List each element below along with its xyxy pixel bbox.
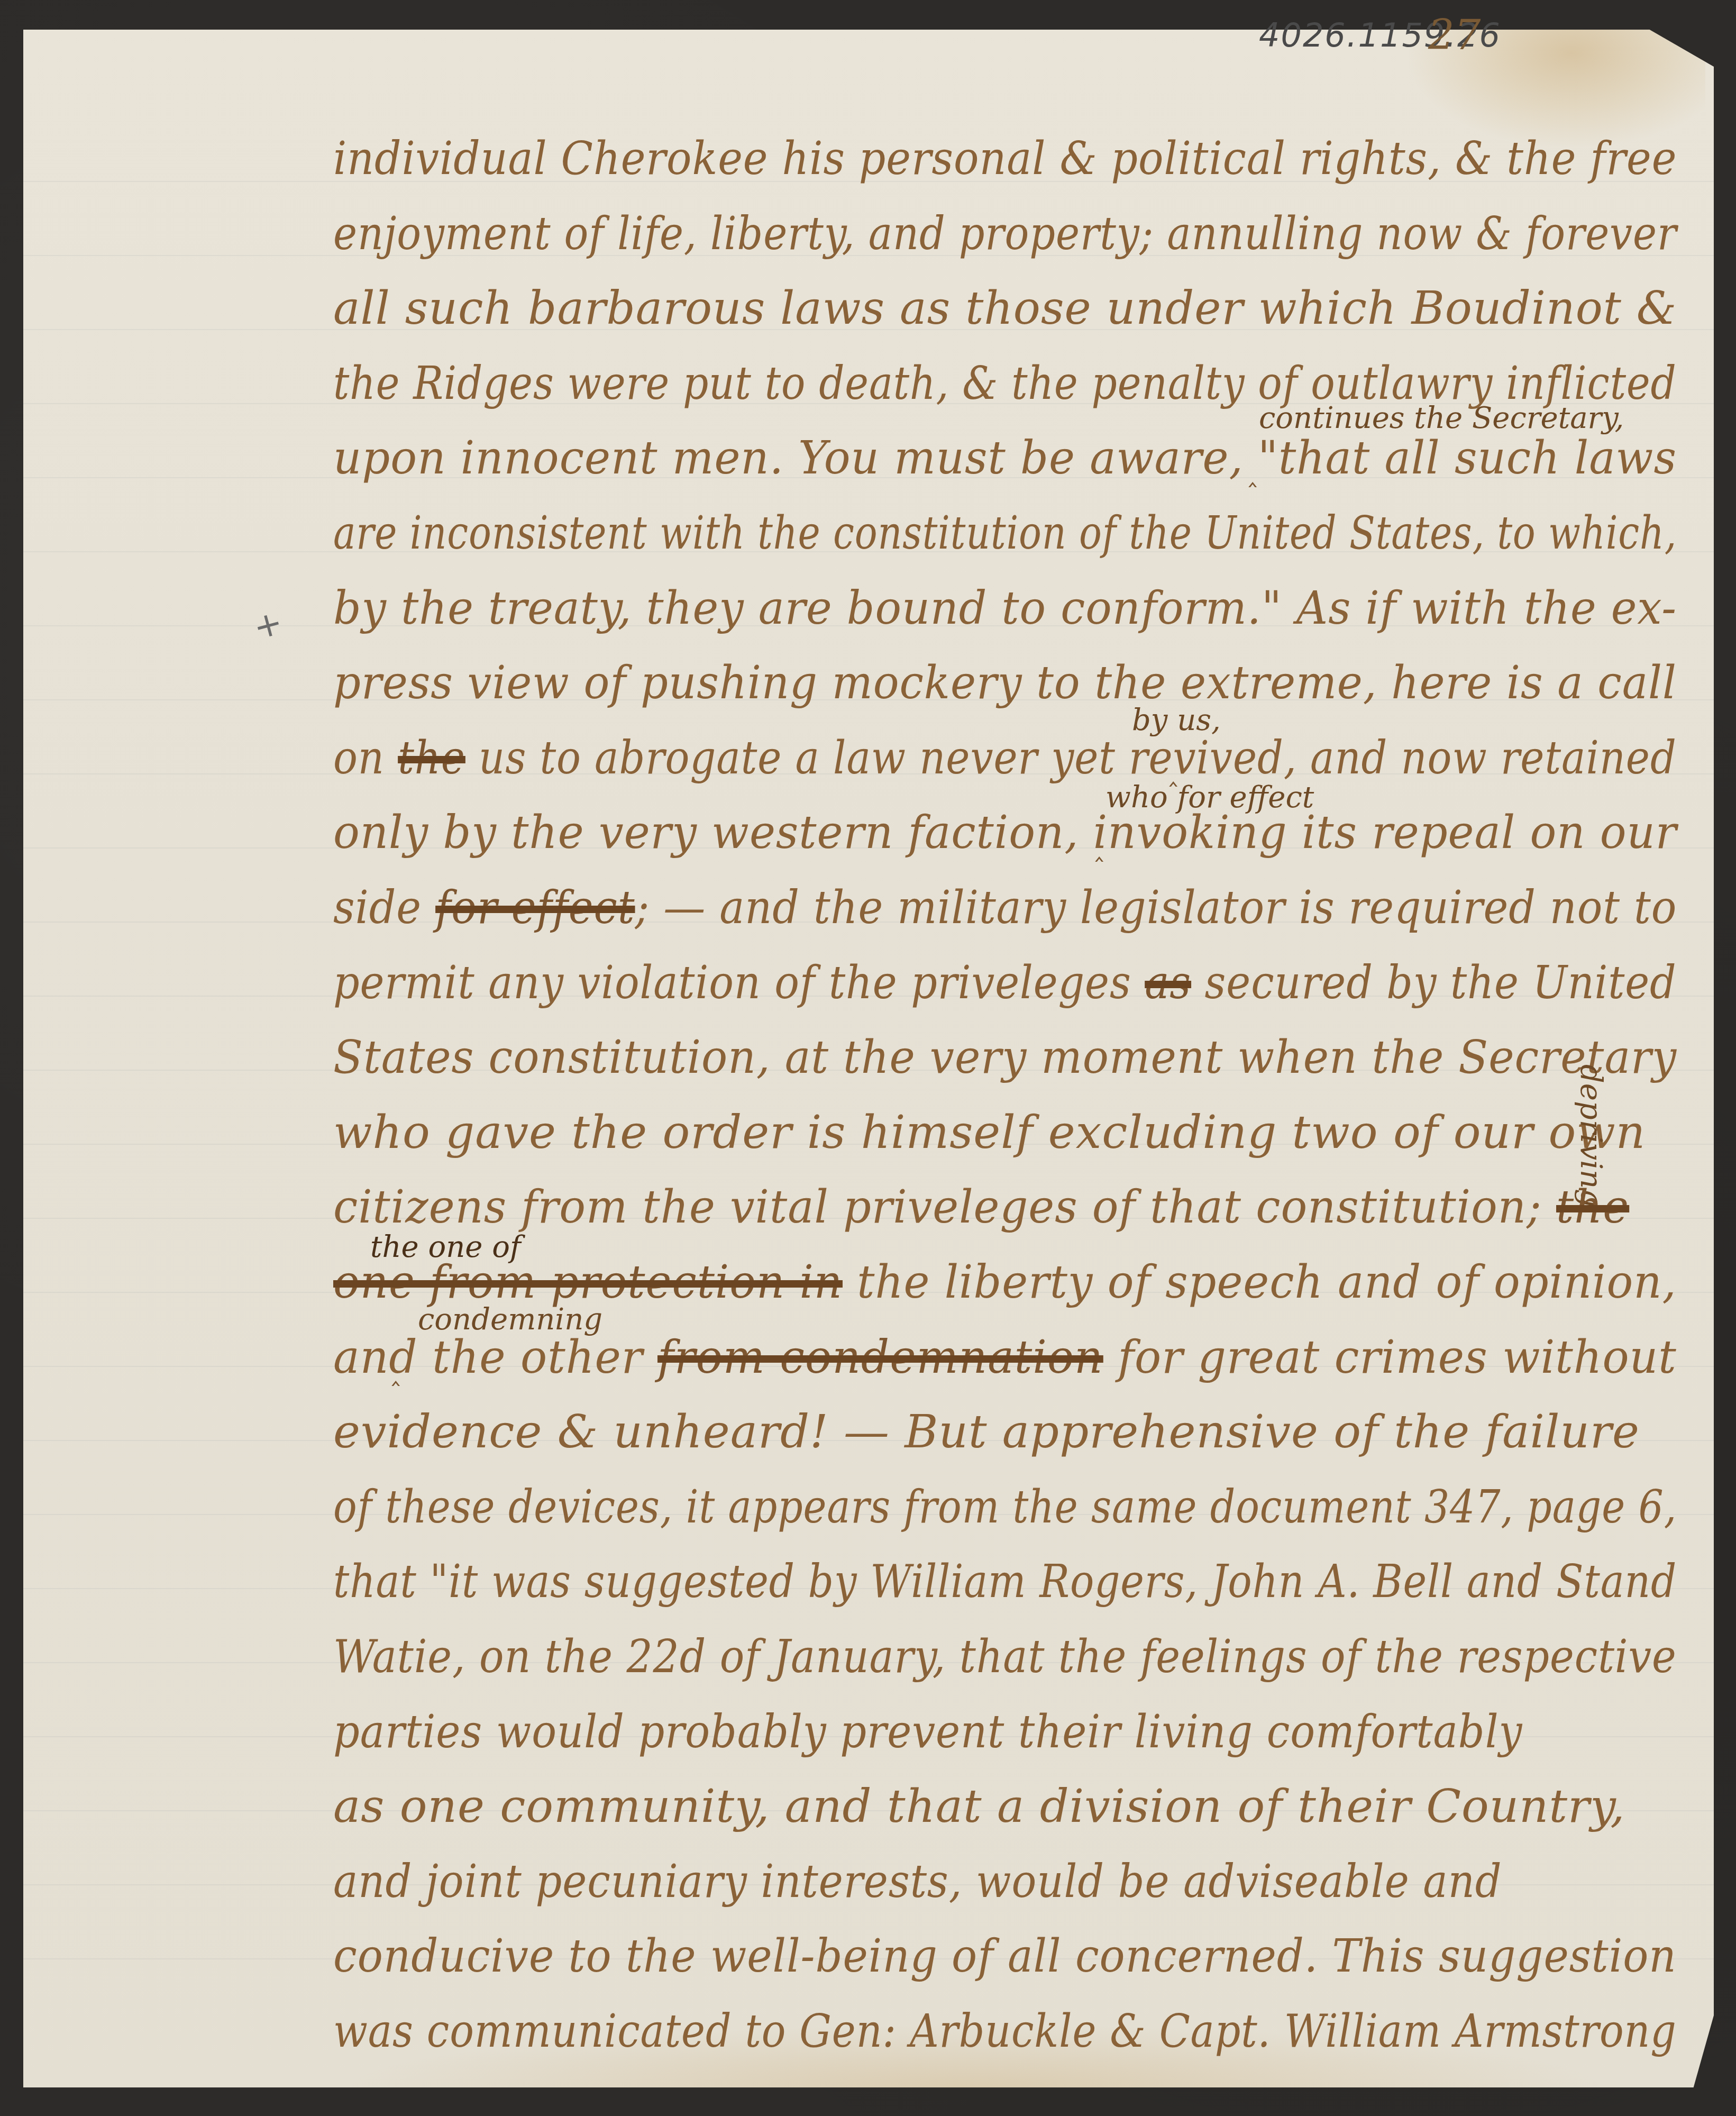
struck-phrase: one from protection in [333,1256,843,1309]
line-text-before: and the other [333,1331,643,1384]
insertion-caret: ‸ [391,1357,400,1387]
line-text-before: on [333,732,385,785]
struck-phrase: from condemnation [657,1331,1103,1384]
manuscript-line: as one community, and that a division of… [333,1780,1677,1833]
struck-word: for effect [435,881,635,934]
manuscript-line: one from protection in the liberty of sp… [333,1256,1624,1309]
line-text-after: secured by the United [1205,956,1677,1009]
manuscript-line: on the us to abrogate a law never yet re… [333,732,1527,785]
insertion-caret: ‸ [1248,458,1257,488]
manuscript-line: only by the very western faction, invoki… [333,806,1626,859]
manuscript-line: States constitution, at the very moment … [333,1031,1611,1084]
manuscript-line: individual Cherokee his personal & polit… [333,132,1567,185]
interlinear-insertion: continues the Secretary, [1259,401,1624,435]
line-text-before: side [333,881,422,934]
page-number: 27 [1428,12,1481,59]
manuscript-line: who gave the order is himself excluding … [333,1106,1677,1159]
struck-word: the [1556,1181,1629,1234]
manuscript-line: citizens from the vital priveleges of th… [333,1181,1624,1234]
manuscript-line: that "it was suggested by William Rogers… [333,1555,1511,1608]
line-text-after: for great crimes without [1118,1331,1676,1384]
manuscript-line: press view of pushing mockery to the ext… [333,656,1601,709]
manuscript-line: side for effect; — and the military legi… [333,881,1569,934]
manuscript-line: are inconsistent with the constitution o… [333,507,1447,560]
manuscript-line: by the treaty, they are bound to conform… [333,582,1619,635]
manuscript-line: upon innocent men. You must be aware, "t… [333,432,1628,485]
line-text-after: ; — and the military legislator is requi… [635,881,1677,934]
line-text-before: citizens from the vital priveleges of th… [333,1181,1542,1234]
manuscript-line: of these devices, it appears from the sa… [333,1481,1494,1534]
manuscript-line: permit any violation of the priveleges a… [333,956,1545,1009]
manuscript-line: Watie, on the 22d of January, that the f… [333,1630,1542,1683]
manuscript-line: conducive to the well-being of all conce… [333,1930,1582,1983]
manuscript-line: enjoyment of life, liberty, and property… [333,207,1523,260]
insertion-caret: ‸ [1095,833,1103,862]
struck-word: as [1145,956,1191,1009]
manuscript-line: evidence & unheard! — But apprehensive o… [333,1406,1677,1458]
manuscript-line: all such barbarous laws as those under w… [333,282,1659,335]
line-text-after: the liberty of speech and of opinion, [857,1256,1676,1309]
manuscript-line: parties would probably prevent their liv… [333,1705,1550,1758]
struck-word: the [398,732,465,785]
manuscript-line: was communicated to Gen: Arbuckle & Capt… [333,2005,1519,2058]
line-text-before: permit any violation of the priveleges [333,956,1131,1009]
manuscript-line: and the other from condemnation for grea… [333,1331,1636,1384]
manuscript-line: and joint pecuniary interests, would be … [333,1855,1550,1908]
line-text-after: us to abrogate a law never yet revived, … [479,732,1677,785]
